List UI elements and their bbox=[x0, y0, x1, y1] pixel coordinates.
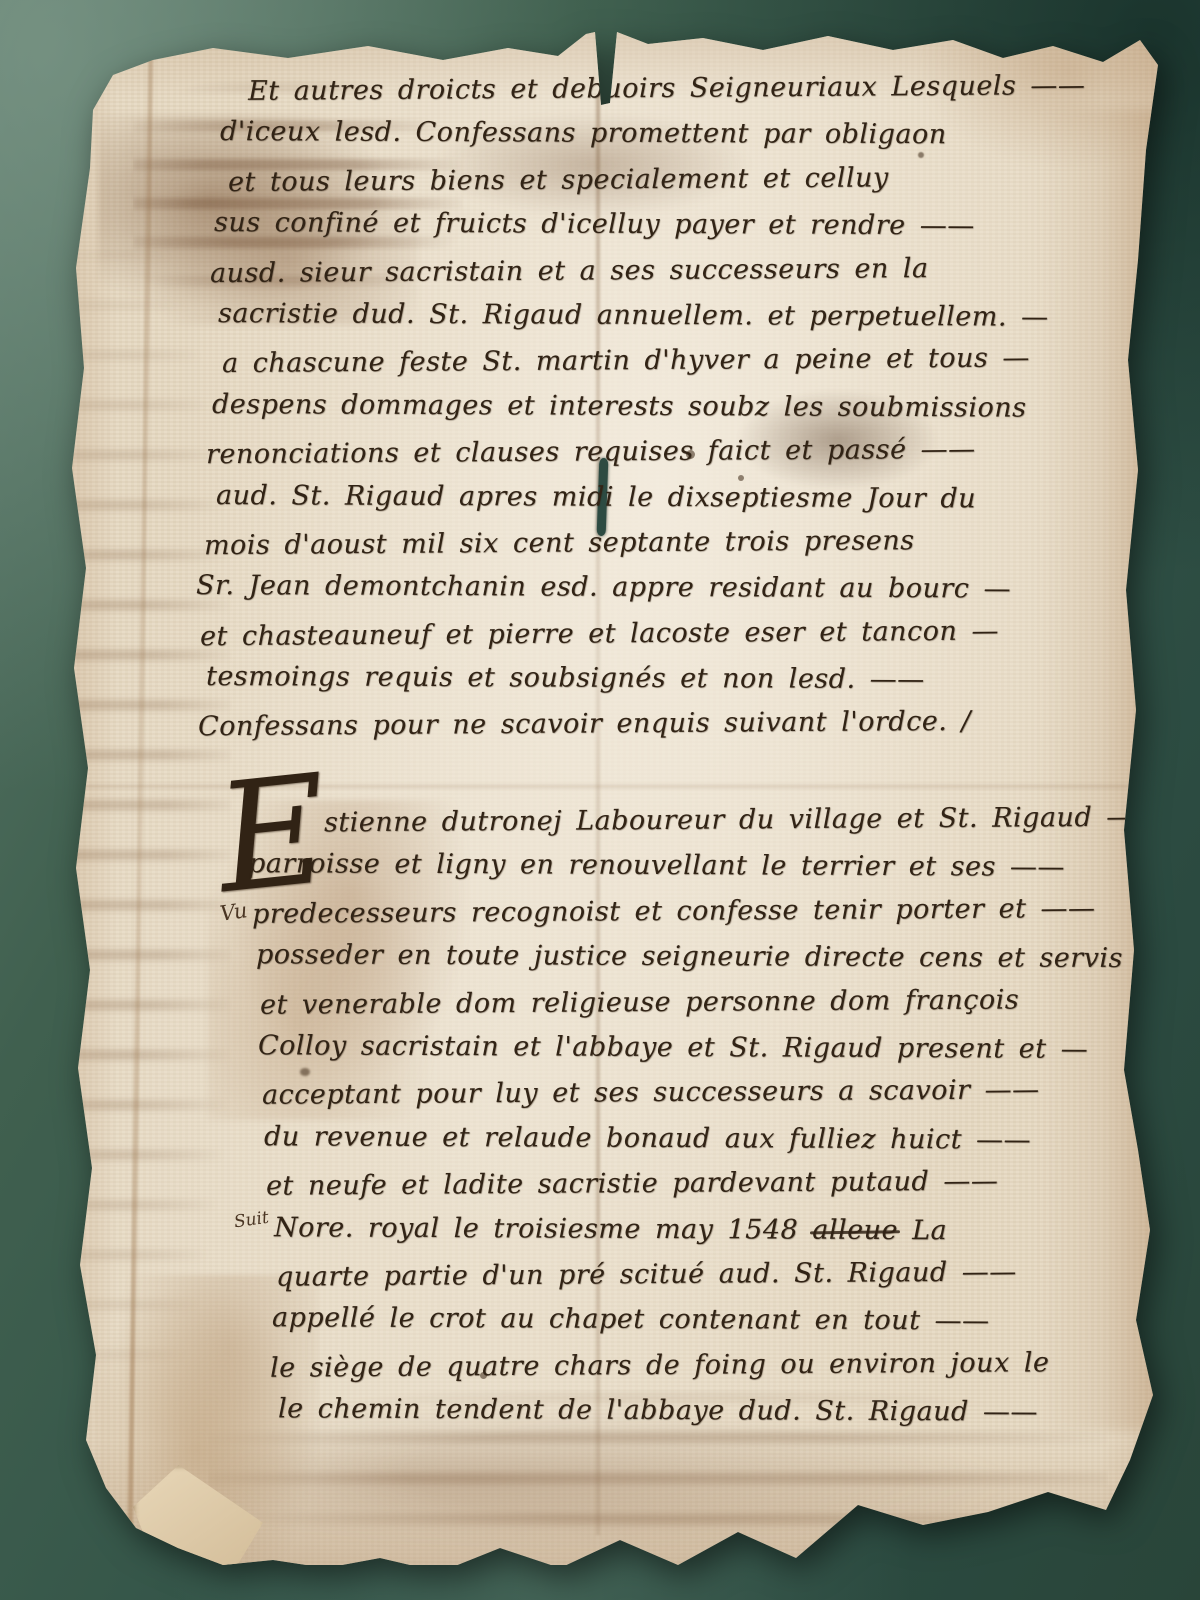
manuscript-line: Confessans pour ne scavoir enquis suivan… bbox=[186, 698, 1136, 750]
margin-note-vu: Vu bbox=[218, 898, 248, 926]
manuscript-line-with-strikethrough: Nore. royal le troisiesme may 1548 alleu… bbox=[186, 1204, 1136, 1254]
manuscript-line: Et autres droicts et debuoirs Seigneuria… bbox=[186, 63, 1136, 115]
manuscript-line: et venerable dom religieuse personne dom… bbox=[186, 976, 1136, 1028]
manuscript-line: le siège de quatre chars de foing ou env… bbox=[186, 1339, 1136, 1391]
manuscript-text: Et autres droicts et debuoirs Seigneuria… bbox=[38, 20, 1168, 1565]
paper-sheet: Et autres droicts et debuoirs Seigneuria… bbox=[38, 20, 1168, 1565]
manuscript-line: predecesseurs recognoist et confesse ten… bbox=[186, 885, 1136, 937]
manuscript-line: mois d'aoust mil six cent septante trois… bbox=[186, 517, 1136, 569]
manuscript-line: aud. St. Rigaud apres midi le dixsepties… bbox=[186, 472, 1136, 522]
manuscript-line: stienne dutronej Laboureur du village et… bbox=[186, 795, 1136, 847]
manuscript-line: ausd. sieur sacristain et a ses successe… bbox=[186, 244, 1136, 296]
manuscript-line: d'iceux lesd. Confessans promettent par … bbox=[186, 109, 1136, 159]
manuscript-line: et chasteauneuf et pierre et lacoste ese… bbox=[186, 607, 1136, 659]
manuscript-line: et tous leurs biens et specialement et c… bbox=[186, 153, 1136, 205]
line-text: Nore. royal le troisiesme may 1548 bbox=[274, 1212, 812, 1245]
line-text: La bbox=[898, 1215, 947, 1246]
manuscript-line: sus confiné et fruicts d'icelluy payer e… bbox=[186, 200, 1136, 250]
manuscript-line: parroisse et ligny en renouvellant le te… bbox=[186, 841, 1136, 891]
manuscript-line: despens dommages et interests soubz les … bbox=[186, 382, 1136, 432]
manuscript-line: appellé le crot au chapet contenant en t… bbox=[186, 1295, 1136, 1345]
manuscript-line: quarte partie d'un pré scitué aud. St. R… bbox=[186, 1249, 1136, 1301]
manuscript-line: acceptant pour luy et ses successeurs a … bbox=[186, 1067, 1136, 1119]
manuscript-line: a chascune feste St. martin d'hyver a pe… bbox=[186, 335, 1136, 387]
manuscript-line: le chemin tendent de l'abbaye dud. St. R… bbox=[186, 1386, 1136, 1436]
paragraph-obligations: Et autres droicts et debuoirs Seigneuria… bbox=[186, 66, 1136, 747]
paragraph-recognition: stienne dutronej Laboureur du village et… bbox=[186, 798, 1136, 1433]
struck-out-word: alleue bbox=[812, 1214, 898, 1245]
manuscript-page: Et autres droicts et debuoirs Seigneuria… bbox=[38, 20, 1168, 1565]
manuscript-line: sacristie dud. St. Rigaud annuellem. et … bbox=[186, 291, 1136, 341]
manuscript-line: posseder en toute justice seigneurie dir… bbox=[186, 932, 1136, 982]
manuscript-line: tesmoings requis et soubsignés et non le… bbox=[186, 654, 1136, 704]
manuscript-line: renonciations et clauses requises faict … bbox=[186, 426, 1136, 478]
manuscript-line: Sr. Jean demontchanin esd. appre residan… bbox=[186, 563, 1136, 613]
manuscript-line: et neufe et ladite sacristie pardevant p… bbox=[186, 1158, 1136, 1210]
table-surface: Et autres droicts et debuoirs Seigneuria… bbox=[0, 0, 1200, 1600]
manuscript-line: Colloy sacristain et l'abbaye et St. Rig… bbox=[186, 1023, 1136, 1073]
manuscript-line: du revenue et relaude bonaud aux fulliez… bbox=[186, 1114, 1136, 1164]
